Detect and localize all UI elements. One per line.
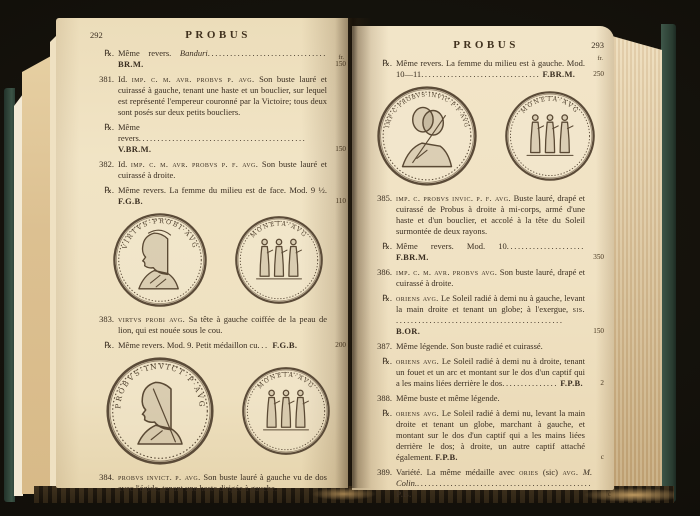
page-number: 293: [564, 40, 604, 51]
catalog-entry: ℞. oriens avg. Le Soleil radié à demi nu…: [368, 356, 604, 389]
coin-obverse-engraving: VIRTVS·PROBI·AVG: [112, 212, 208, 308]
coin-obverse-engraving: IMP·C·PROBVS·INVIC·P·F·AVG: [376, 85, 478, 187]
coin-illustration-row: PROBVS·INVICT·P·AVG MONETA·AVG: [90, 356, 346, 466]
coin-reverse-engraving: MONETA·AVG: [504, 90, 596, 182]
entry-price: 2: [585, 378, 604, 389]
catalog-entry: ℞. oriens avg. Le Soleil radié à demi nu…: [368, 293, 604, 337]
catalog-entry: ℞. Même revers. La femme du milieu est à…: [368, 58, 604, 80]
entry-text: Même revers. Mod. 10....................…: [396, 241, 585, 263]
coin-obverse-engraving: PROBVS·INVICT·P·AVG: [105, 356, 215, 466]
entry-text: Même revers.............................…: [118, 122, 327, 155]
coin-reverse-engraving: MONETA·AVG: [241, 366, 331, 456]
right-page: PROBUS 293 fr. ℞. Même revers. La femme …: [352, 26, 614, 490]
entry-number: ℞.: [368, 241, 392, 263]
entry-number: 385.: [368, 193, 392, 237]
entry-text: Même buste et même légende.: [396, 393, 585, 404]
entry-price: c: [592, 489, 611, 500]
entry-price: c: [585, 452, 604, 463]
entry-text: virtvs probi avg. Sa tête à gauche coiff…: [118, 314, 327, 336]
entry-number: 384.: [90, 472, 114, 494]
catalog-entry: 382. Id. imp. c. m. avr. probvs p. f. av…: [90, 159, 346, 181]
entry-text: imp. c. probvs invic. p. f. avg. Buste l…: [396, 193, 585, 237]
entry-price: 150: [585, 326, 604, 337]
entry-price: 350: [585, 252, 604, 263]
entry-text: Même revers. Mod. 9. Petit médaillon cu.…: [118, 340, 327, 351]
catalog-entry: ℞. Même revers..........................…: [90, 122, 346, 155]
entry-number: ℞.: [90, 122, 114, 155]
currency-label: fr.: [338, 52, 344, 63]
entry-text: oriens avg. Le Soleil radié à demi nu, l…: [396, 408, 585, 463]
book-photo: 292 PROBUS fr. ℞. Même revers. Banduri..…: [0, 0, 700, 516]
entry-number: ℞.: [368, 356, 392, 389]
fore-edge: [612, 36, 662, 490]
catalog-entry: 387. Même légende. Son buste radié et cu…: [368, 341, 604, 352]
entry-text: Même revers. La femme du milieu est à ga…: [396, 58, 585, 80]
coin-reverse-engraving: MONETA·AVG: [234, 215, 324, 305]
catalog-entry: ℞. oriens avg. Le Soleil radié à demi nu…: [368, 408, 604, 463]
running-title: PROBUS: [408, 40, 564, 51]
catalog-entry: 381. Id. imp. c. m. avr. probvs p. avg. …: [90, 74, 346, 118]
entry-number: ℞.: [368, 293, 392, 337]
entry-number: ℞.: [90, 340, 114, 351]
catalog-entry: 385. imp. c. probvs invic. p. f. avg. Bu…: [368, 193, 604, 237]
entry-price: 150: [327, 144, 346, 155]
entry-number: 388.: [368, 393, 392, 404]
left-page-header: 292 PROBUS fr.: [90, 30, 346, 41]
entry-number: 382.: [90, 159, 114, 181]
catalog-entry: ℞. Même revers. Mod. 9. Petit médaillon …: [90, 340, 346, 351]
entry-number: ℞.: [90, 185, 114, 207]
left-page: 292 PROBUS fr. ℞. Même revers. Banduri..…: [56, 18, 348, 488]
entry-text: Variété. La même médaille avec ories (si…: [396, 467, 592, 500]
entry-number: 389.: [368, 467, 392, 500]
running-title: PROBUS: [130, 30, 306, 41]
entry-text: Même revers. La femme du milieu est de f…: [118, 185, 327, 207]
entry-price: 200: [327, 340, 346, 351]
right-page-header: PROBUS 293 fr.: [368, 40, 604, 51]
catalog-entry: 386. imp. c. m. avr. probvs avg. Son bus…: [368, 267, 604, 289]
catalog-entry: ℞. Même revers. Banduri.................…: [90, 48, 346, 70]
entry-number: ℞.: [368, 58, 392, 80]
entry-text: Id. imp. c. m. avr. probvs p. avg. Son b…: [118, 74, 327, 118]
currency-label: fr.: [597, 53, 603, 64]
book-cover-right: [661, 24, 676, 502]
entry-text: oriens avg. Le Soleil radié à demi nu à …: [396, 293, 585, 337]
entry-text: Même légende. Son buste radié et cuirass…: [396, 341, 585, 352]
coin-illustration-row: IMP·C·PROBVS·INVIC·P·F·AVG MONETA·AVG: [368, 85, 604, 187]
entry-text: Id. imp. c. m. avr. probvs p. f. avg. So…: [118, 159, 327, 181]
entry-price: 110: [327, 196, 346, 207]
entry-number: 381.: [90, 74, 114, 118]
page-edge-stack: [22, 56, 51, 494]
entry-number: 387.: [368, 341, 392, 352]
entry-text: oriens avg. Le Soleil radié à demi nu à …: [396, 356, 585, 389]
entry-text: probvs invict. p. avg. Son buste lauré à…: [118, 472, 327, 494]
entry-number: 383.: [90, 314, 114, 336]
catalog-entry: 384. probvs invict. p. avg. Son buste la…: [90, 472, 346, 494]
page-edge-stack: [14, 94, 23, 496]
page-number: 292: [90, 30, 130, 41]
entry-number: ℞.: [90, 48, 114, 70]
catalog-entry: 383. virtvs probi avg. Sa tête à gauche …: [90, 314, 346, 336]
entry-text: Même revers. Banduri....................…: [118, 48, 327, 70]
book-cover-left: [4, 88, 15, 502]
coin-illustration-row: VIRTVS·PROBI·AVG MONETA·AVG: [90, 212, 346, 308]
entry-number: ℞.: [368, 408, 392, 463]
entry-price: 250: [585, 69, 604, 80]
catalog-entry: ℞. Même revers. La femme du milieu est d…: [90, 185, 346, 207]
entry-number: 386.: [368, 267, 392, 289]
catalog-entry: 388. Même buste et même légende.: [368, 393, 604, 404]
catalog-entry: 389. Variété. La même médaille avec orie…: [368, 467, 604, 500]
entry-text: imp. c. m. avr. probvs avg. Son buste la…: [396, 267, 585, 289]
catalog-entry: ℞. Même revers. Mod. 10.................…: [368, 241, 604, 263]
